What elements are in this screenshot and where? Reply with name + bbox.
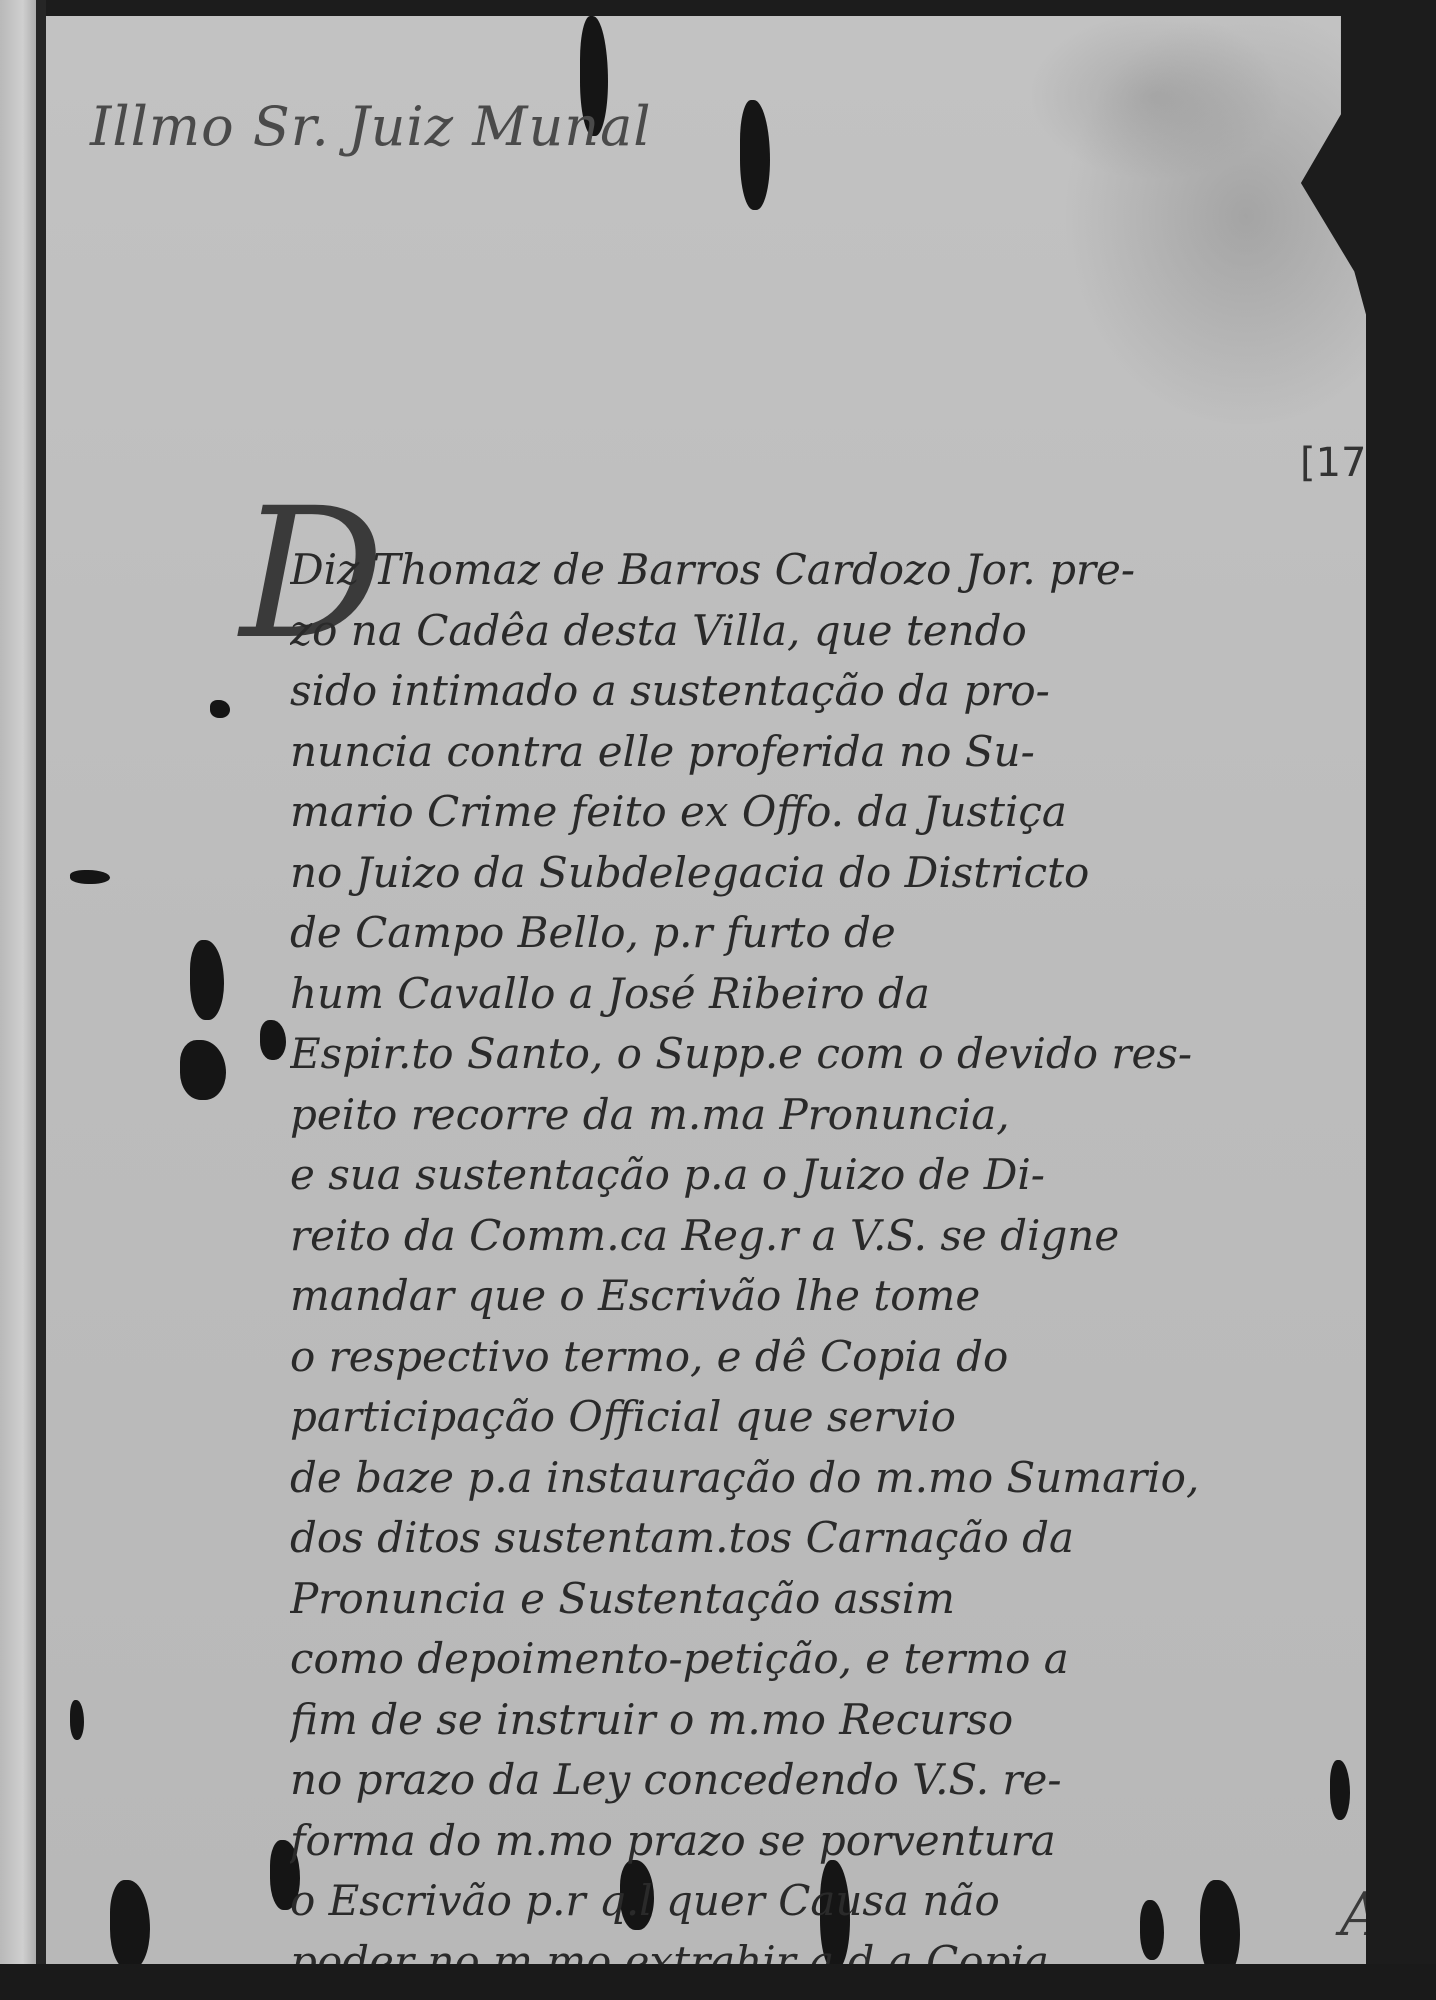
scan-bottom-border (0, 1964, 1436, 2000)
text-line: forma do m.mo prazo se porventura (290, 1811, 1380, 1872)
book-spine-edge (0, 0, 38, 2000)
text-line: dos ditos sustentam.tos Carnação da (290, 1508, 1380, 1569)
text-line: mario Crime feito ex Offo. da Justiça (290, 782, 1380, 843)
text-line: reito da Comm.ca Reg.r a V.S. se digne (290, 1206, 1380, 1267)
text-line: Diz Thomaz de Barros Cardozo Jor. pre- (290, 540, 1380, 601)
ink-damage-blot (70, 1700, 84, 1740)
text-line: fim de se instruir o m.mo Recurso (290, 1690, 1380, 1751)
petition-body: Diz Thomaz de Barros Cardozo Jor. pre- z… (290, 540, 1380, 1992)
text-line: como depoimento-petição, e termo a (290, 1629, 1380, 1690)
salutation-heading: Illmo Sr. Juiz Munal (90, 95, 652, 158)
text-line: e sua sustentação p.a o Juizo de Di- (290, 1145, 1380, 1206)
binding-shadow (36, 0, 46, 2000)
ink-damage-blot (70, 870, 110, 884)
text-line: mandar que o Escrivão lhe tome (290, 1266, 1380, 1327)
text-line: de Campo Bello, p.r furto de (290, 903, 1380, 964)
text-line: de baze p.a instauração do m.mo Sumario, (290, 1448, 1380, 1509)
text-line: participação Official que servio (290, 1387, 1380, 1448)
text-line: o respectivo termo, e dê Copia do (290, 1327, 1380, 1388)
text-line: no prazo da Ley concedendo V.S. re- (290, 1750, 1380, 1811)
text-line: zo na Cadêa desta Villa, que tendo (290, 601, 1380, 662)
torn-right-edge (1366, 0, 1436, 2000)
text-line: peito recorre da m.ma Pronuncia, (290, 1085, 1380, 1146)
text-line: no Juizo da Subdelegacia do Districto (290, 843, 1380, 904)
text-line: nuncia contra elle proferida no Su- (290, 722, 1380, 783)
ink-damage-blot (210, 700, 230, 718)
text-line: sido intimado a sustentação da pro- (290, 661, 1380, 722)
ink-damage-blot (260, 1020, 286, 1060)
text-line: hum Cavallo a José Ribeiro da (290, 964, 1380, 1025)
text-line: Espir.to Santo, o Supp.e com o devido re… (290, 1024, 1380, 1085)
text-line: o Escrivão p.r q.l quer Causa não (290, 1871, 1380, 1932)
text-line: Pronuncia e Sustentação assim (290, 1569, 1380, 1630)
